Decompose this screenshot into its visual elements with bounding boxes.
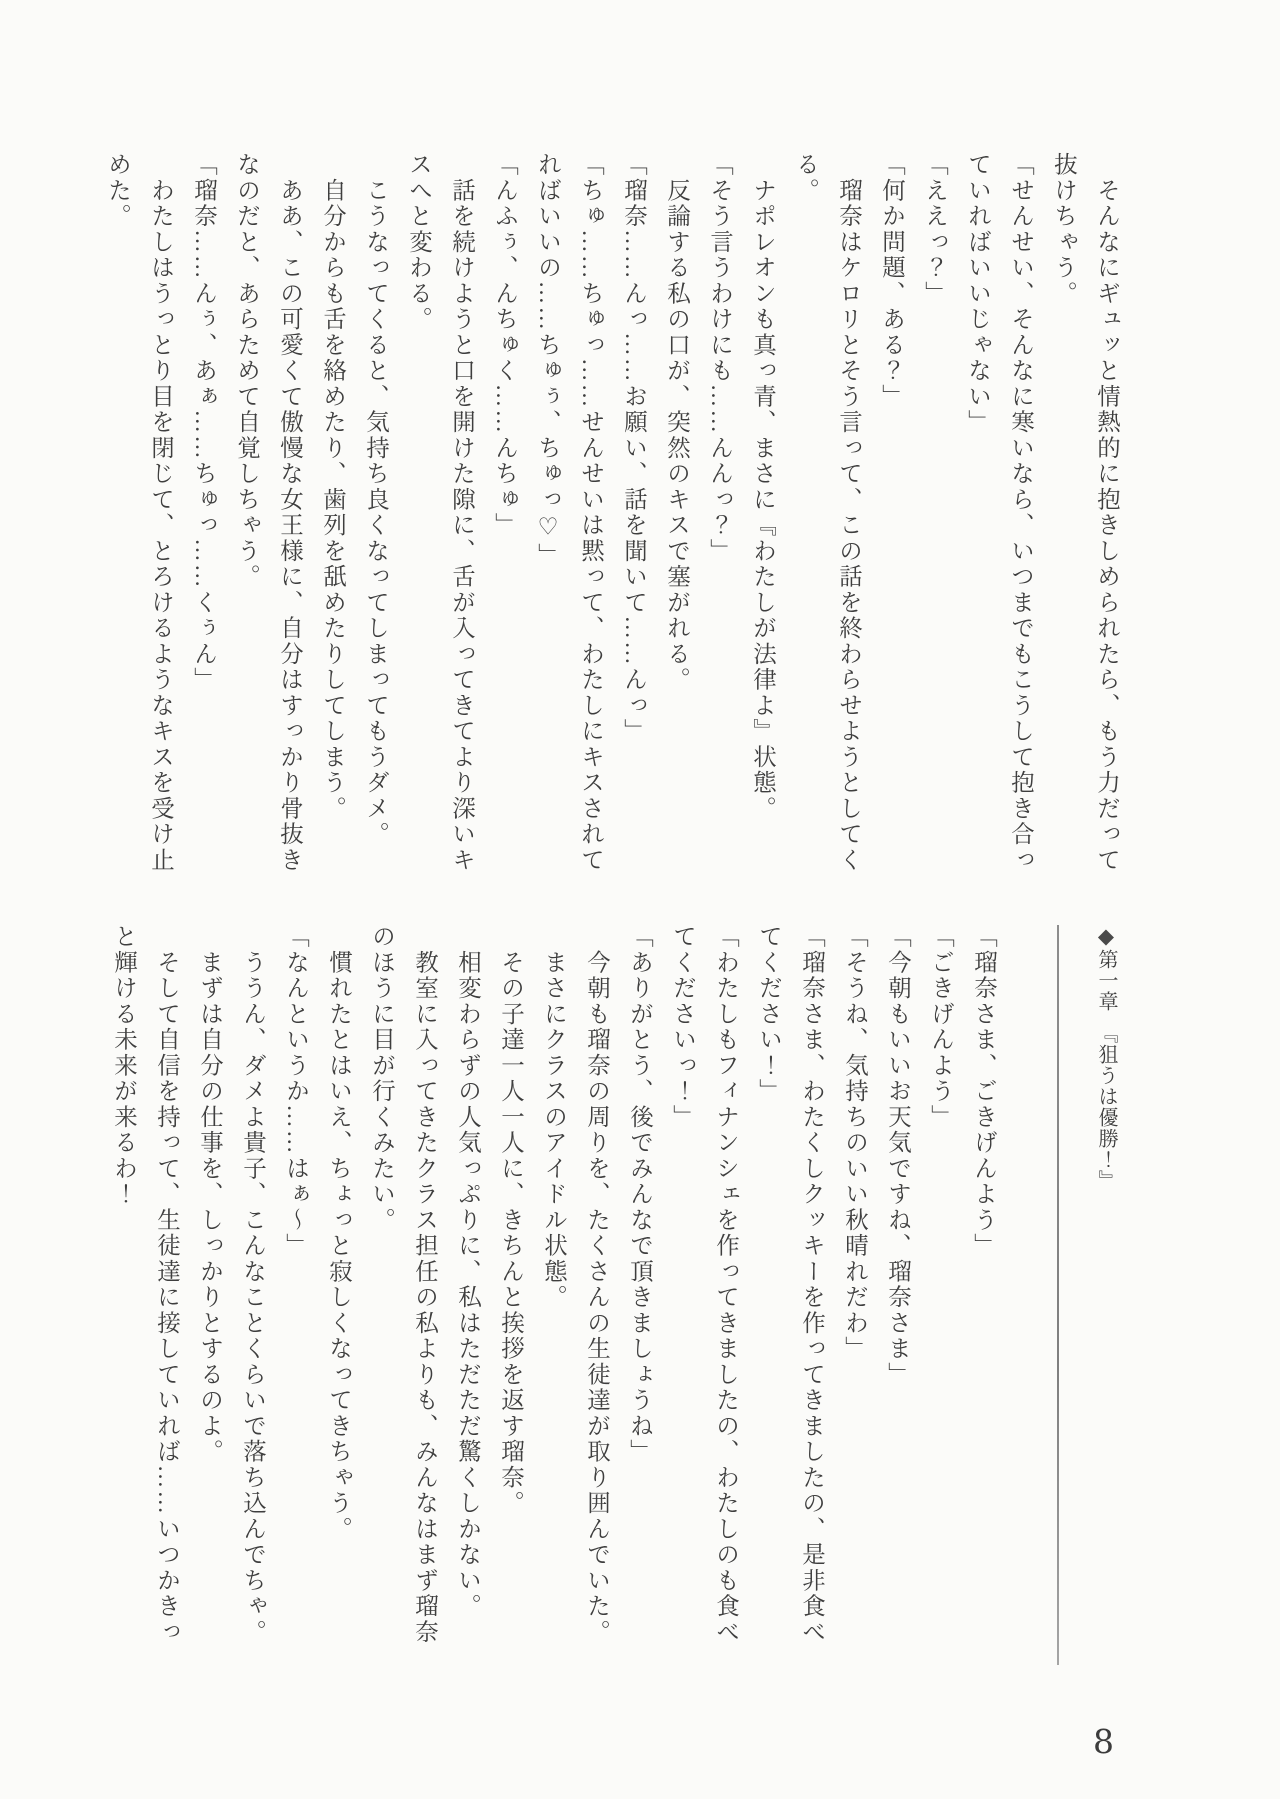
text-line: 抜けちゃう。 [1041,152,1084,884]
text-line: こうなってくると、気持ち良くなってしまってもうダメ。 [353,152,396,884]
chapter-divider-line [1057,925,1059,1665]
text-line: 「ごきげんよう」 [918,924,961,1666]
page-number: 8 [1093,1722,1114,1761]
text-line: 「わたしもフィナンシェを作ってきましたの、わたしのも食べ [703,924,746,1666]
text-line: ううん、ダメよ貴子、こんなことくらいで落ち込んでちゃ。 [230,924,273,1666]
chapter-heading: ◆第一章 『狙うは優勝！』 [1084,924,1127,1666]
text-line: 「ちゅ……ちゅっ……せんせいは黙って、わたしにキスされて [568,152,611,884]
text-line: まずは自分の仕事を、しっかりとするのよ。 [187,924,230,1666]
text-line: 今朝も瑠奈の周りを、たくさんの生徒達が取り囲んでいた。 [574,924,617,1666]
text-line: ればいいの……ちゅぅ、ちゅっ♡」 [525,152,568,884]
text-line: ナポレオンも真っ青、まさに『わたしが法律よ』状態。 [740,152,783,884]
diamond-icon: ◆ [1094,924,1118,949]
text-line: まさにクラスのアイドル状態。 [531,924,574,1666]
text-line: 「そう言うわけにも……んんっ？」 [697,152,740,884]
text-line: 教室に入ってきたクラス担任の私よりも、みんなはまず瑠奈 [402,924,445,1666]
chapter-title: 第一章 『狙うは優勝！』 [1095,949,1117,1191]
chapter-block: ◆第一章 『狙うは優勝！』 「瑠奈さま、ごきげんよう」「ごきげんよう」「今朝もい… [101,924,1127,1666]
text-line: 「そうね、気持ちのいい秋晴れだわ」 [832,924,875,1666]
text-line: その子達一人一人に、きちんと挨拶を返す瑠奈。 [488,924,531,1666]
text-line: 自分からも舌を絡めたり、歯列を舐めたりしてしまう。 [310,152,353,884]
text-line: 「瑠奈……んぅ、あぁ……ちゅっ……くぅん」 [181,152,224,884]
text-line: 「瑠奈……んっ……お願い、話を聞いて……んっ」 [611,152,654,884]
text-line: そして自信を持って、生徒達に接していれば……いつかきっ [144,924,187,1666]
text-line: 「何か問題、ある？」 [869,152,912,884]
text-line: のほうに目が行くみたい。 [359,924,402,1666]
text-line: ああ、この可愛くて傲慢な女王様に、自分はすっかり骨抜き [267,152,310,884]
text-line: 反論する私の口が、突然のキスで塞がれる。 [654,152,697,884]
text-line: と輝ける未来が来るわ！ [101,924,144,1666]
text-line: 相変わらずの人気っぷりに、私はただただ驚くしかない。 [445,924,488,1666]
text-line: 「せんせい、そんなに寒いなら、いつまでもこうして抱き合っ [998,152,1041,884]
text-line: 「瑠奈さま、ごきげんよう」 [961,924,1004,1666]
text-line: なのだと、あらためて自覚しちゃう。 [224,152,267,884]
text-line: てください！」 [746,924,789,1666]
top-text-block: そんなにギュッと情熱的に抱きしめられたら、もう力だって抜けちゃう。「せんせい、そ… [95,152,1127,884]
text-line: てくださいっ！」 [660,924,703,1666]
text-line: 「ええっ？」 [912,152,955,884]
text-line: わたしはうっとり目を閉じて、とろけるようなキスを受け止 [138,152,181,884]
text-line: 話を続けようと口を開けた隙に、舌が入ってきてより深いキ [439,152,482,884]
text-line: 「ありがとう、後でみんなで頂きましょうね」 [617,924,660,1666]
text-line: 「なんというか……はぁ〜」 [273,924,316,1666]
text-line: 「んふぅ、んちゅく……んちゅ」 [482,152,525,884]
text-line: 「瑠奈さま、わたくしクッキーを作ってきましたの、是非食べ [789,924,832,1666]
text-line: そんなにギュッと情熱的に抱きしめられたら、もう力だって [1084,152,1127,884]
text-line: ていればいいじゃない」 [955,152,998,884]
text-line: 瑠奈はケロリとそう言って、この話を終わらせようとしてく [826,152,869,884]
text-line: スへと変わる。 [396,152,439,884]
text-line: めた。 [95,152,138,884]
text-line: 「今朝もいいお天気ですね、瑠奈さま」 [875,924,918,1666]
novel-page: そんなにギュッと情熱的に抱きしめられたら、もう力だって抜けちゃう。「せんせい、そ… [0,0,1280,1799]
text-line: 慣れたとはいえ、ちょっと寂しくなってきちゃう。 [316,924,359,1666]
text-line: る。 [783,152,826,884]
